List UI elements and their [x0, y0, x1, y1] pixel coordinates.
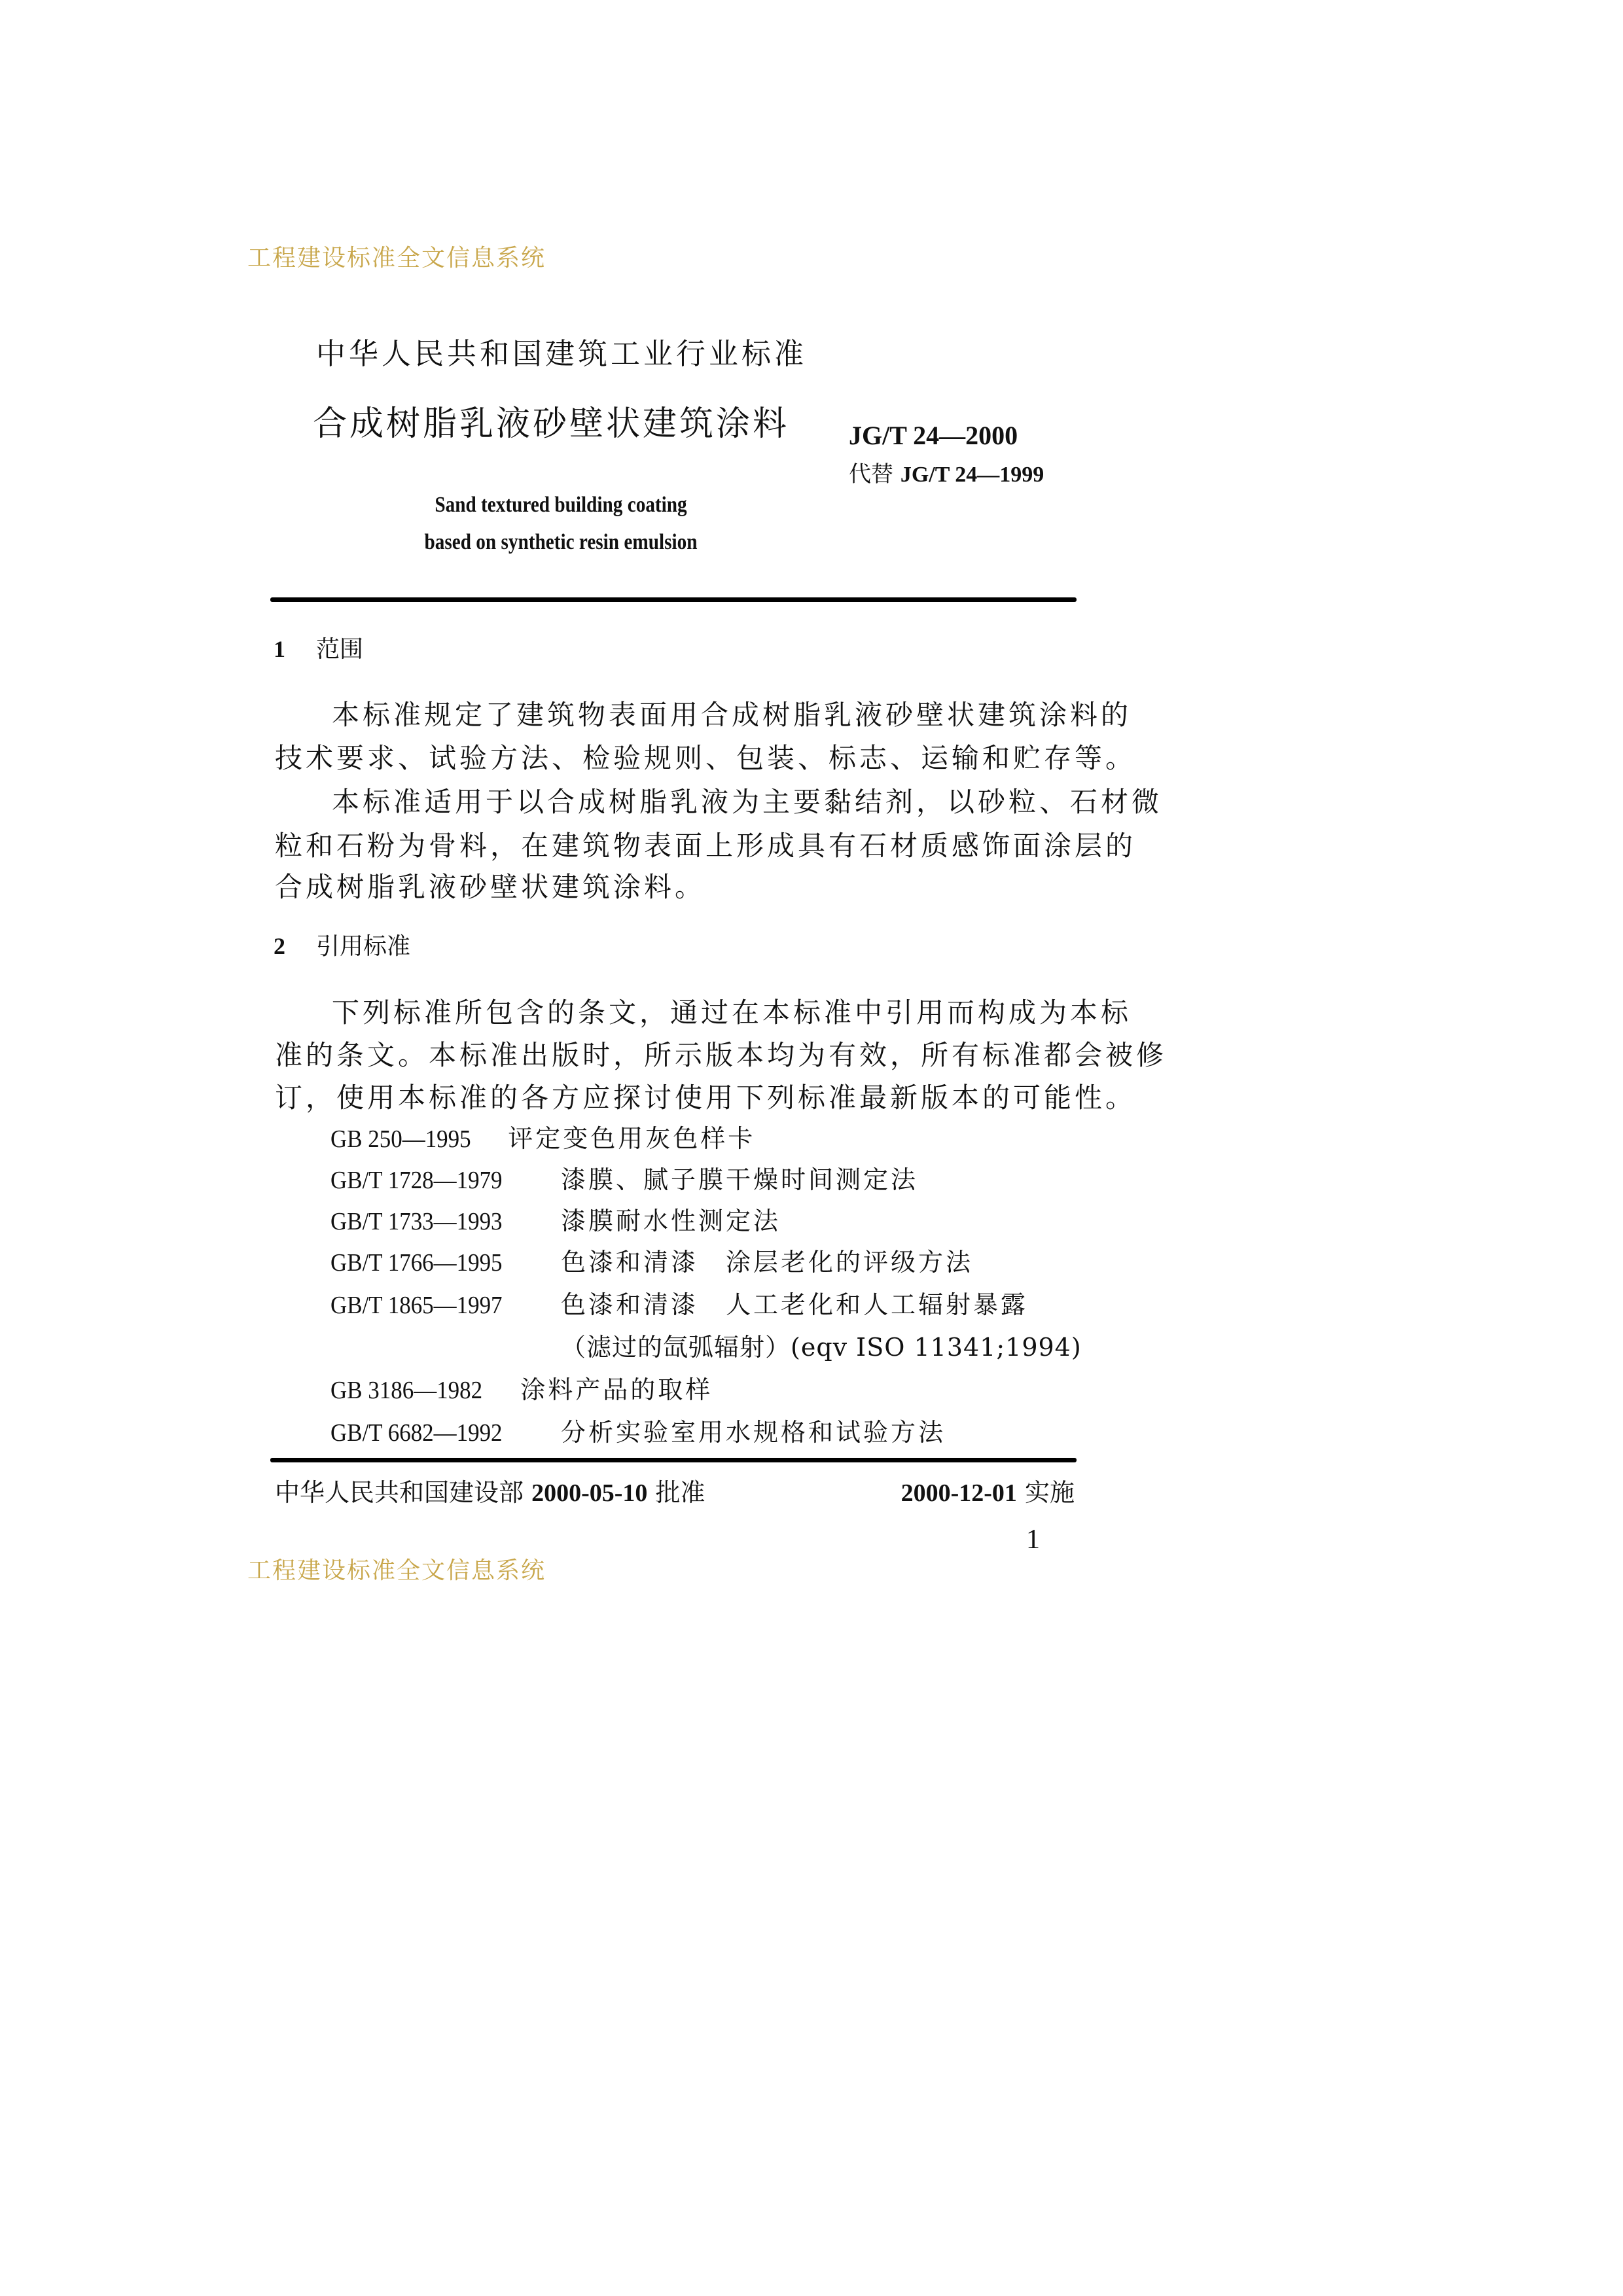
watermark-top: 工程建设标准全文信息系统: [247, 247, 546, 270]
standard-code: JG/T 24—2000: [849, 423, 1018, 449]
reference-title: 漆膜、腻子膜干燥时间测定法: [561, 1165, 918, 1194]
reference-item: GB/T 1766—1995色漆和清漆 涂层老化的评级方法: [330, 1250, 973, 1275]
section-heading-2: 2引用标准: [274, 934, 410, 959]
replaces-code: JG/T 24—1999: [901, 463, 1044, 487]
paragraph-line: 本标准规定了建筑物表面用合成树脂乳液砂壁状建筑涂料的: [332, 701, 1133, 729]
reference-continuation: （滤过的氙弧辐射）(eqv ISO 11341;1994): [561, 1335, 1082, 1360]
paragraph-line: 技术要求、试验方法、检验规则、包装、标志、运输和贮存等。: [275, 745, 1077, 772]
paragraph-line: 准的条文。本标准出版时，所示版本均为有效，所有标准都会被修: [275, 1042, 1077, 1069]
approval-date: 2000-05-10: [531, 1479, 647, 1507]
paragraph-line: 订，使用本标准的各方应探讨使用下列标准最新版本的可能性。: [275, 1084, 1077, 1112]
section-title: 引用标准: [316, 933, 410, 960]
approver: 中华人民共和国建设部: [275, 1478, 524, 1507]
document-title-en-line1: Sand textured building coating: [364, 494, 758, 516]
header-rule: [270, 597, 1077, 602]
footer-rule: [270, 1458, 1077, 1462]
paragraph-line: 本标准适用于以合成树脂乳液为主要黏结剂，以砂粒、石材微: [332, 788, 1133, 816]
reference-code: GB 3186—1982: [330, 1378, 482, 1403]
reference-code: GB/T 1733—1993: [330, 1209, 543, 1234]
section-number: 1: [274, 637, 316, 661]
replaces-line: 代替 JG/T 24—1999: [849, 463, 1044, 486]
reference-code: GB/T 1865—1997: [330, 1293, 543, 1318]
section-title: 范围: [316, 636, 363, 663]
reference-code: GB/T 1728—1979: [330, 1168, 543, 1193]
paragraph-line: 粒和石粉为骨料，在建筑物表面上形成具有石材质感饰面涂层的: [275, 832, 1077, 860]
reference-item: GB/T 1865—1997色漆和清漆 人工老化和人工辐射暴露: [330, 1292, 1028, 1318]
watermark-bottom: 工程建设标准全文信息系统: [247, 1559, 546, 1583]
approval-label: 批准: [656, 1478, 705, 1507]
reference-item: GB/T 6682—1992分析实验室用水规格和试验方法: [330, 1420, 946, 1445]
effective-date: 2000-12-01: [901, 1479, 1017, 1507]
document-title-cn: 合成树脂乳液砂壁状建筑涂料: [313, 407, 789, 441]
issuer-line: 中华人民共和国建筑工业行业标准: [316, 339, 807, 368]
reference-title: 色漆和清漆 涂层老化的评级方法: [561, 1248, 973, 1277]
reference-item: GB/T 1728—1979漆膜、腻子膜干燥时间测定法: [330, 1167, 918, 1193]
section-heading-1: 1范围: [274, 637, 363, 662]
reference-item: GB 250—1995评定变色用灰色样卡: [330, 1126, 755, 1152]
paragraph-line: 下列标准所包含的条文，通过在本标准中引用而构成为本标: [332, 999, 1133, 1027]
document-title-en-line2: based on synthetic resin emulsion: [364, 531, 758, 554]
paragraph-line: 合成树脂乳液砂壁状建筑涂料。: [275, 874, 1077, 901]
section-number: 2: [274, 934, 316, 958]
reference-title-continuation: （滤过的氙弧辐射）(eqv ISO 11341;1994): [561, 1333, 1082, 1362]
reference-code: GB 250—1995: [330, 1127, 471, 1152]
reference-title: 评定变色用灰色样卡: [508, 1124, 755, 1153]
reference-code: GB/T 6682—1992: [330, 1421, 543, 1445]
page-number: 1: [1026, 1526, 1040, 1553]
reference-item: GB/T 1733—1993漆膜耐水性测定法: [330, 1209, 781, 1234]
reference-title: 色漆和清漆 人工老化和人工辐射暴露: [561, 1290, 1028, 1319]
reference-title: 分析实验室用水规格和试验方法: [561, 1418, 946, 1447]
reference-title: 漆膜耐水性测定法: [561, 1207, 781, 1235]
replaces-label: 代替: [849, 461, 893, 487]
effective-line: 2000-12-01 实施: [901, 1480, 1075, 1506]
reference-item: GB 3186—1982涂料产品的取样: [330, 1377, 713, 1403]
reference-code: GB/T 1766—1995: [330, 1250, 543, 1275]
approval-line: 中华人民共和国建设部 2000-05-10 批准: [275, 1480, 705, 1506]
reference-title: 涂料产品的取样: [520, 1375, 713, 1404]
effective-label: 实施: [1025, 1478, 1075, 1507]
